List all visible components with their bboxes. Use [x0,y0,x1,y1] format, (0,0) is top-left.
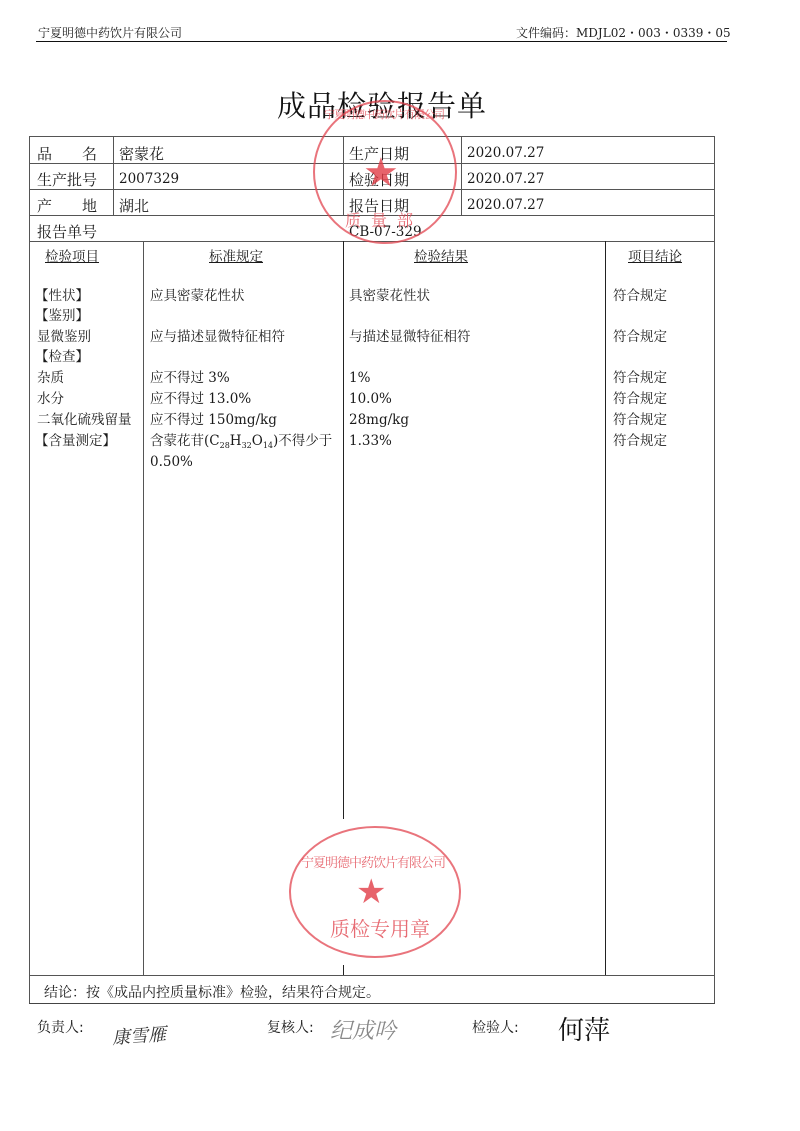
product-name-label: 品 名 [37,143,105,164]
reviewer-label: 复核人: [267,1017,314,1037]
row-result: 10.0% [349,391,392,407]
row-standard: 应不得过 150mg/kg [150,412,277,428]
col-line [143,241,144,975]
row-standard: 应不得过 13.0% [150,391,251,407]
product-name-value: 密蒙花 [119,143,164,164]
row-standard: 含蒙花苷(C28H32O14)不得少于 [150,433,332,454]
col-header-standard: 标准规定 [143,245,329,265]
row-conclusion: 符合规定 [613,412,667,428]
col-header-item: 检验项目 [29,245,115,265]
responsible-signature: 康雪雁 [111,1020,167,1050]
top-stamp-arc-text: 宁夏明德中药饮片有限公司 [320,106,448,122]
top-stamp-bottom-text: 质量部 [345,208,423,231]
row-item: 二氧化硫残留量 [37,412,132,428]
col-header-conclusion: 项目结论 [605,245,705,265]
production-date-value: 2020.07.27 [467,145,544,161]
row-conclusion: 符合规定 [613,433,667,449]
col-line [461,136,462,215]
inspector-label: 检验人: [472,1017,519,1037]
row-line [29,975,715,976]
row-item: 显微鉴别 [37,329,91,345]
batch-value: 2007329 [119,171,179,187]
row-result: 与描述显微特征相符 [349,329,471,345]
header-divider [36,41,727,42]
col-line [343,965,344,975]
report-date-value: 2020.07.27 [467,197,544,213]
row-standard: 应不得过 3% [150,370,230,386]
row-standard: 应与描述显微特征相符 [150,329,285,345]
stamp-star-icon: ★ [356,872,386,912]
bottom-stamp-arc-text: 宁夏明德中药饮片有限公司 [296,852,450,871]
col-line [343,241,344,819]
row-standard: 应具密蒙花性状 [150,288,245,304]
inspection-date-value: 2020.07.27 [467,171,544,187]
row-result: 28mg/kg [349,412,409,428]
document-number: 文件编码：MDJL02・003・0339・05 [516,24,731,41]
origin-label: 产 地 [37,195,105,216]
row-result: 1.33% [349,433,392,449]
batch-label: 生产批号 [37,169,97,190]
conclusion-text: 结论：按《成品内控质量标准》检验，结果符合规定。 [44,982,380,1002]
row-item: 【含量测定】 [35,433,116,449]
company-name-header: 宁夏明德中药饮片有限公司 [38,24,182,41]
row-standard-cont: 0.50% [150,454,193,470]
col-line [113,136,114,215]
table-border-right [714,136,715,1004]
col-line [605,241,606,975]
row-item: 【性状】 [35,288,89,304]
row-item: 【鉴别】 [35,308,89,324]
row-item: 杂质 [37,370,64,386]
reviewer-signature: 纪成吟 [330,1014,396,1045]
row-conclusion: 符合规定 [613,329,667,345]
row-item: 水分 [37,391,64,407]
row-result: 1% [349,370,370,386]
table-border-left [29,136,30,1004]
row-conclusion: 符合规定 [613,288,667,304]
row-item: 【检查】 [35,349,89,365]
origin-value: 湖北 [119,195,149,216]
table-border-bottom [29,1003,715,1004]
stamp-star-icon: ★ [363,150,399,196]
responsible-label: 负责人: [37,1017,84,1037]
col-header-result: 检验结果 [343,245,539,265]
row-conclusion: 符合规定 [613,370,667,386]
inspector-signature: 何萍 [558,1010,610,1047]
bottom-stamp-bottom-text: 质检专用章 [330,913,430,942]
report-no-label: 报告单号 [37,221,97,242]
row-result: 具密蒙花性状 [349,288,430,304]
row-conclusion: 符合规定 [613,391,667,407]
